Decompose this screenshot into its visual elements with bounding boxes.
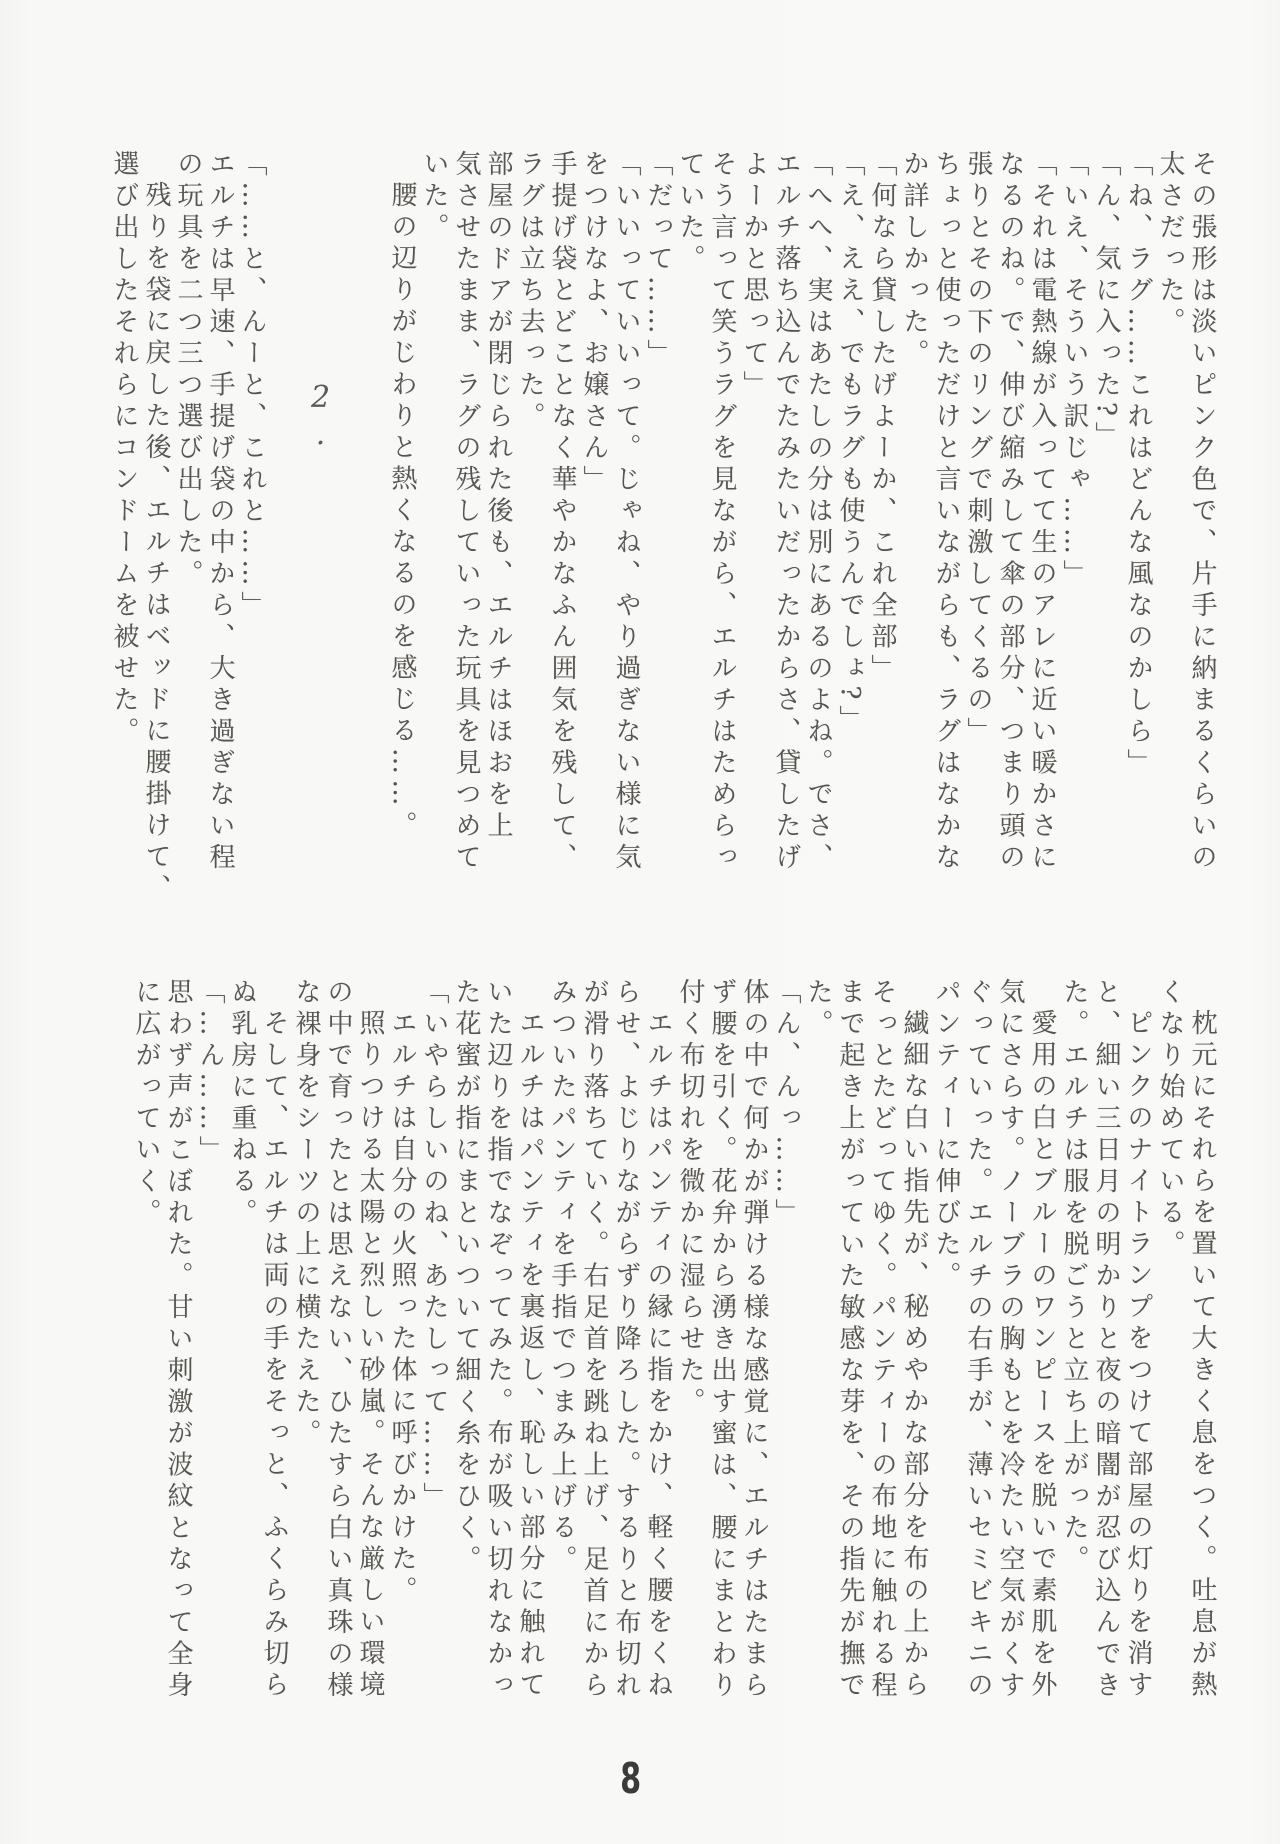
text-column: 「ん、気に入った?」	[1090, 150, 1122, 916]
text-column: 気させたまま、ラグの残していった玩具を見つめて	[450, 150, 482, 916]
text-column: をつけなよ、お嬢さん」	[578, 150, 610, 916]
text-column: 太さだった。	[1154, 150, 1186, 916]
text-column: エルチ落ち込んでたみたいだったからさ、貸したげ	[770, 150, 802, 916]
text-column: ぬ乳房に重ねる。	[226, 978, 258, 1744]
text-column: た花蜜が指にまといついて細く糸をひく。	[450, 978, 482, 1744]
text-column: 付く布切れを微かに湿らせた。	[674, 978, 706, 1744]
text-column: 愛用の白とブルーのワンピースを脱いで素肌を外	[1026, 978, 1058, 1744]
text-column: いた辺りを指でなぞってみた。布が吸い切れなかっ	[482, 978, 514, 1744]
text-column: いた。	[418, 150, 450, 916]
text-column: 気にさらす。ノーブラの胸もとを冷たい空気がくす	[994, 978, 1026, 1744]
text-column: ちょっと使っただけと言いながらも、ラグはなかな	[930, 150, 962, 916]
text-column: 照りつける太陽と烈しい砂嵐。そんな厳しい環境	[354, 978, 386, 1744]
text-column: と、細い三日月の明かりと夜の暗闇が忍び込んでき	[1090, 978, 1122, 1744]
text-column: パンティーに伸びた。	[930, 978, 962, 1744]
text-column: 手提げ袋とどことなく華やかなふん囲気を残して、	[546, 150, 578, 916]
text-column: ラグは立ち去った。	[514, 150, 546, 916]
text-column: みついたパンティを手指でつまみ上げる。	[546, 978, 578, 1744]
text-column: まで起き上がっていた敏感な芽を、その指先が撫で	[834, 978, 866, 1744]
text-column: 繊細な白い指先が、秘めやかな部分を布の上から	[898, 978, 930, 1744]
text-column: ピンクのナイトランプをつけて部屋の灯りを消す	[1122, 978, 1154, 1744]
text-column: らせ、よじりながらずり降ろした。するりと布切れ	[610, 978, 642, 1744]
text-column: 「へへ、実はあたしの分は別にあるのよね。でさ、	[802, 150, 834, 916]
text-column: 「いえ、そういう訳じゃ……」	[1058, 150, 1090, 916]
text-column: 「だって……」	[642, 150, 674, 916]
scanned-page: その張形は淡いピンク色で、片手に納まるくらいの太さだった。「ね、ラグ……これはど…	[0, 0, 1280, 1844]
text-column: エルチは早速、手提げ袋の中から、大き過ぎない程	[204, 150, 236, 916]
text-column: ていた。	[674, 150, 706, 916]
text-column: 「……と、んーと、これと……」	[236, 150, 268, 916]
text-column: が滑り落ちていく。右足首を跳ね上げ、足首にから	[578, 978, 610, 1744]
section-number: 2.	[303, 380, 338, 454]
text-column: 「いいっていいって。じゃね、やり過ぎない様に気	[610, 150, 642, 916]
text-column: 「いやらしいのね、あたしって……」	[418, 978, 450, 1744]
text-column: 選び出したそれらにコンドームを被せた。	[108, 150, 140, 916]
text-column: の中で育ったとは思えない、ひたすら白い真珠の様	[322, 978, 354, 1744]
text-column: なるのね。で、伸び縮みして傘の部分、つまり頭の	[994, 150, 1026, 916]
text-column: 枕元にそれらを置いて大きく息をつく。吐息が熱	[1186, 978, 1218, 1744]
text-column: た。エルチは服を脱ごうと立ち上がった。	[1058, 978, 1090, 1744]
text-column: くなり始めている。	[1154, 978, 1186, 1744]
text-column: な裸身をシーツの上に横たえた。	[290, 978, 322, 1744]
text-column: の玩具を二つ三つ選び出した。	[172, 150, 204, 916]
text-column: 「それは電熱線が入ってて生のアレに近い暖かさに	[1026, 150, 1058, 916]
text-column: に広がっていく。	[130, 978, 162, 1744]
upper-text-block: その張形は淡いピンク色で、片手に納まるくらいの太さだった。「ね、ラグ……これはど…	[108, 150, 1218, 916]
text-column: その張形は淡いピンク色で、片手に納まるくらいの	[1186, 150, 1218, 916]
text-column: よーかと思って」	[738, 150, 770, 916]
text-column: か詳しかった。	[898, 150, 930, 916]
text-column: そっとたどってゆく。パンティーの布地に触れる程	[866, 978, 898, 1744]
lower-text-block: 枕元にそれらを置いて大きく息をつく。吐息が熱くなり始めている。ピンクのナイトラン…	[130, 978, 1218, 1744]
text-column: そして、エルチは両の手をそっと、ふくらみ切ら	[258, 978, 290, 1744]
text-column: ぐっていった。エルチの右手が、薄いセミビキニの	[962, 978, 994, 1744]
text-column: 「…ん……」	[194, 978, 226, 1744]
page-number: 8	[620, 1754, 641, 1803]
text-column: 「ね、ラグ……これはどんな風なのかしら」	[1122, 150, 1154, 916]
text-column: 思わず声がこぼれた。甘い刺激が波紋となって全身	[162, 978, 194, 1744]
text-column: 「ん、んっ……」	[770, 978, 802, 1744]
text-column: エルチはパンティを裏返し、恥しい部分に触れて	[514, 978, 546, 1744]
text-column: そう言って笑うラグを見ながら、エルチはためらっ	[706, 150, 738, 916]
text-column: 体の中で何かが弾ける様な感覚に、エルチはたまら	[738, 978, 770, 1744]
text-column: ず腰を引く。花弁から湧き出す蜜は、腰にまとわり	[706, 978, 738, 1744]
text-column: 「え、ええ、でもラグも使うんでしょ?」	[834, 150, 866, 916]
text-column: 部屋のドアが閉じられた後も、エルチはほおを上	[482, 150, 514, 916]
text-column: 「何なら貸したげよーか、これ全部」	[866, 150, 898, 916]
text-column: エルチはパンティの縁に指をかけ、軽く腰をくね	[642, 978, 674, 1744]
text-column: 残りを袋に戻した後、エルチはベッドに腰掛けて、	[140, 150, 172, 916]
column-gap	[268, 150, 386, 916]
text-column: エルチは自分の火照った体に呼びかけた。	[386, 978, 418, 1744]
text-column: 腰の辺りがじわりと熱くなるのを感じる……。	[386, 150, 418, 916]
text-column: た。	[802, 978, 834, 1744]
text-column: 張りとその下のリングで刺激してくるの」	[962, 150, 994, 916]
